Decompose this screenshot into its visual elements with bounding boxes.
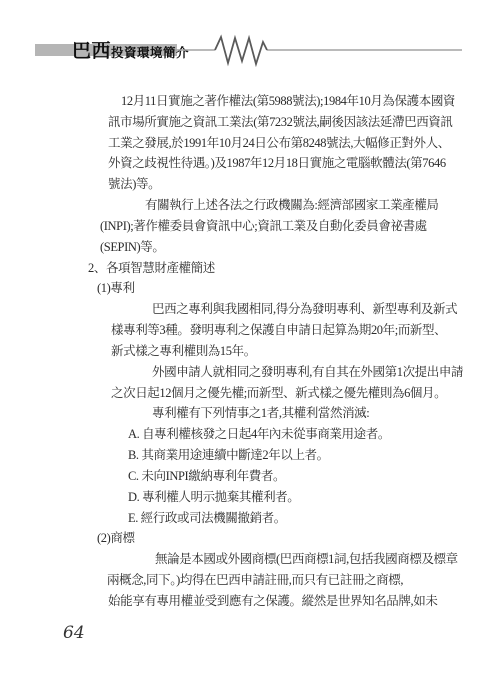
text-line: (SEPIN)等。	[100, 237, 480, 258]
text-line: 巴西之專利與我國相同,得分為發明專利、新型專利及新式	[152, 299, 480, 320]
text-line: 專利權有下列情事之1者,其權利當然消滅:	[152, 403, 480, 424]
list-item-d: D. 專利權人明示拋棄其權利者。	[128, 487, 480, 508]
text-line: 始能享有專用權並受到應有之保護。縱然是世界知名品牌,如未	[108, 591, 480, 612]
subsection-heading-patent: (1)專利	[97, 278, 480, 299]
text-line: 工業之發展,於1991年10月24日公布第8248號法,大幅修正對外人、	[108, 133, 480, 154]
text-line: 之次日起12個月之優先權;而新型、新式樣之優先權則為6個月。	[111, 383, 480, 404]
scanned-document-page: 巴西投資環境簡介 12月11日實施之著作權法(第5988號法);1984年10月…	[0, 0, 480, 679]
text-line: (INPI);著作權委員會資訊中心;資訊工業及自動化委員會祕書處	[100, 216, 480, 237]
list-item-a: A. 自專利權核發之日起4年內未從事商業用途者。	[128, 424, 480, 445]
text-line: 樣專利等3種。發明專利之保護自申請日起算為期20年;而新型、	[111, 320, 480, 341]
text-line: 外國申請人就相同之發明專利,有自其在外國第1次提出申請	[152, 362, 480, 383]
list-item-b: B. 其商業用途連續中斷達2年以上者。	[128, 445, 480, 466]
header-title-main: 巴西	[72, 41, 111, 62]
page-number: 64	[63, 623, 85, 643]
list-item-e: E. 經行政或司法機關撤銷者。	[128, 508, 480, 529]
list-item-c: C. 未向INPI繳納專利年費者。	[128, 466, 480, 487]
subsection-heading-trademark: (2)商標	[97, 528, 480, 549]
text-line: 12月11日實施之著作權法(第5988號法);1984年10月為保護本國資	[121, 91, 480, 112]
document-body: 12月11日實施之著作權法(第5988號法);1984年10月為保護本國資 訊市…	[0, 91, 480, 612]
text-line: 新式樣之專利權則為15年。	[111, 341, 480, 362]
section-heading-2: 2、各項智慧財產權簡述	[88, 258, 480, 279]
pulse-zigzag-icon	[175, 33, 462, 67]
text-line: 訊市場所實施之資訊工業法(第7232號法,嗣後因該法延滯巴西資訊	[108, 112, 480, 133]
page-header-title: 巴西投資環境簡介	[72, 36, 189, 63]
text-line: 外資之歧視性待遇。)及1987年12月18日實施之電腦軟體法(第7646	[108, 153, 480, 174]
text-line: 無論是本國或外國商標(巴西商標1詞,包括我國商標及標章	[155, 549, 480, 570]
text-line: 號法)等。	[108, 174, 480, 195]
text-line: 有關執行上述各法之行政機關為:經濟部國家工業產權局	[145, 195, 480, 216]
text-line: 兩概念,同下。)均得在巴西申請註冊,而只有已註冊之商標,	[107, 570, 480, 591]
